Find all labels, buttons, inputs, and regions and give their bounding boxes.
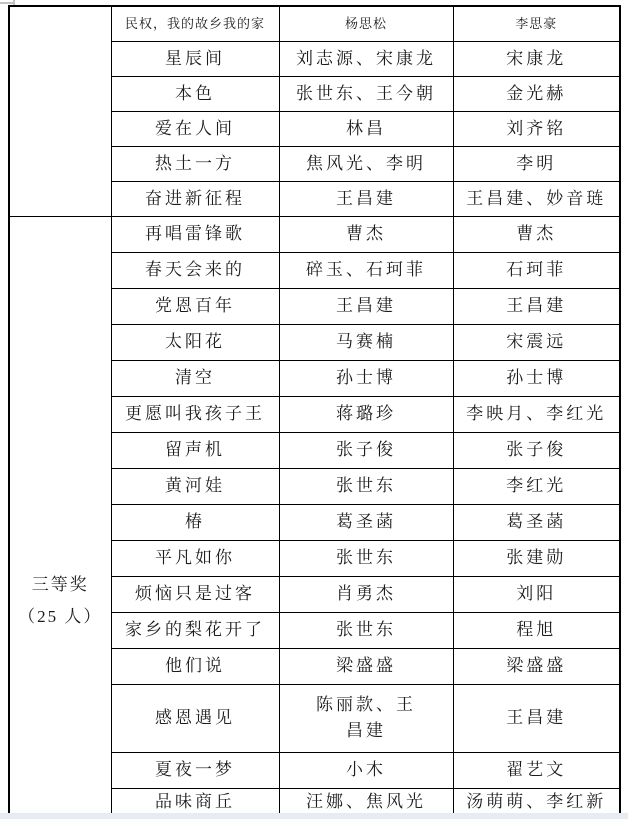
credit-1-cell: 张世东 <box>279 468 453 504</box>
page-corner-mark <box>0 2 14 4</box>
credit-2-cell: 张建勋 <box>453 540 620 576</box>
credit-2-cell: 李明 <box>453 146 620 181</box>
song-title-cell: 更愿叫我孩子王 <box>111 396 279 432</box>
song-title-cell: 本色 <box>111 76 279 111</box>
credit-2-cell: 宋康龙 <box>453 41 620 76</box>
credit-1-cell: 马赛楠 <box>279 324 453 360</box>
song-title-cell: 春天会来的 <box>111 252 279 288</box>
window-bottom-strip <box>0 813 628 819</box>
prize-section: 三等奖 （25 人）再唱雷锋歌曹杰曹杰春天会来的碎玉、石珂菲石珂菲党恩百年王昌建… <box>9 216 620 816</box>
credit-2-cell: 金光赫 <box>453 76 620 111</box>
credit-2-cell: 曹杰 <box>453 216 620 252</box>
credit-1-cell: 梁盛盛 <box>279 648 453 684</box>
credit-2-cell: 程旭 <box>453 612 620 648</box>
credit-1-cell: 陈丽款、王 昌建 <box>279 684 453 752</box>
song-title-cell: 夏夜一梦 <box>111 752 279 788</box>
song-title-cell: 爱在人间 <box>111 111 279 146</box>
credit-2-cell: 李映月、李红光 <box>453 396 620 432</box>
credit-1-cell: 张世东 <box>279 612 453 648</box>
song-title-cell: 再唱雷锋歌 <box>111 216 279 252</box>
song-title-cell: 平凡如你 <box>111 540 279 576</box>
credit-2-cell: 王昌建、妙音琏 <box>453 181 620 216</box>
credit-2-cell: 葛圣菡 <box>453 504 620 540</box>
prize-label-cell: 三等奖 （25 人） <box>9 216 111 816</box>
awards-table: 民权，我的故乡我的家杨思松李思豪星辰间刘志源、宋康龙宋康龙本色张世东、王今朝金光… <box>8 5 621 817</box>
credit-1-cell: 张世东、王今朝 <box>279 76 453 111</box>
credit-1-cell: 曹杰 <box>279 216 453 252</box>
song-title-cell: 民权，我的故乡我的家 <box>111 6 279 41</box>
song-title-cell: 感恩遇见 <box>111 684 279 752</box>
credit-2-cell: 李思豪 <box>453 6 620 41</box>
song-title-cell: 热土一方 <box>111 146 279 181</box>
credit-1-cell: 小木 <box>279 752 453 788</box>
song-title-cell: 品味商丘 <box>111 788 279 816</box>
credit-2-cell: 王昌建 <box>453 684 620 752</box>
song-title-cell: 他们说 <box>111 648 279 684</box>
credit-1-cell: 焦风光、李明 <box>279 146 453 181</box>
song-title-cell: 星辰间 <box>111 41 279 76</box>
credit-2-cell: 梁盛盛 <box>453 648 620 684</box>
credit-2-cell: 孙士博 <box>453 360 620 396</box>
credit-1-cell: 王昌建 <box>279 181 453 216</box>
prize-label-cell <box>9 6 111 216</box>
credit-1-cell: 林昌 <box>279 111 453 146</box>
credit-1-cell: 孙士博 <box>279 360 453 396</box>
credit-1-cell: 张世东 <box>279 540 453 576</box>
song-title-cell: 烦恼只是过客 <box>111 576 279 612</box>
prize-section: 民权，我的故乡我的家杨思松李思豪星辰间刘志源、宋康龙宋康龙本色张世东、王今朝金光… <box>9 6 620 216</box>
credit-2-cell: 刘阳 <box>453 576 620 612</box>
credit-2-cell: 刘齐铭 <box>453 111 620 146</box>
credit-1-cell: 杨思松 <box>279 6 453 41</box>
song-title-cell: 太阳花 <box>111 324 279 360</box>
credit-2-cell: 李红光 <box>453 468 620 504</box>
song-title-cell: 奋进新征程 <box>111 181 279 216</box>
credit-1-cell: 刘志源、宋康龙 <box>279 41 453 76</box>
credit-2-cell: 翟艺文 <box>453 752 620 788</box>
credit-1-cell: 王昌建 <box>279 288 453 324</box>
credit-1-cell: 张子俊 <box>279 432 453 468</box>
document-page: 民权，我的故乡我的家杨思松李思豪星辰间刘志源、宋康龙宋康龙本色张世东、王今朝金光… <box>0 0 628 819</box>
song-title-cell: 清空 <box>111 360 279 396</box>
credit-1-cell: 蒋璐珍 <box>279 396 453 432</box>
song-title-cell: 党恩百年 <box>111 288 279 324</box>
credit-2-cell: 汤萌萌、李红新 <box>453 788 620 816</box>
song-title-cell: 留声机 <box>111 432 279 468</box>
table-row: 三等奖 （25 人）再唱雷锋歌曹杰曹杰 <box>9 216 620 252</box>
credit-2-cell: 石珂菲 <box>453 252 620 288</box>
song-title-cell: 椿 <box>111 504 279 540</box>
credit-1-cell: 碎玉、石珂菲 <box>279 252 453 288</box>
credit-1-cell: 肖勇杰 <box>279 576 453 612</box>
table-row: 民权，我的故乡我的家杨思松李思豪 <box>9 6 620 41</box>
credit-1-cell: 汪娜、焦风光 <box>279 788 453 816</box>
credit-2-cell: 宋震远 <box>453 324 620 360</box>
song-title-cell: 黄河娃 <box>111 468 279 504</box>
credit-2-cell: 王昌建 <box>453 288 620 324</box>
credit-1-cell: 葛圣菡 <box>279 504 453 540</box>
credit-2-cell: 张子俊 <box>453 432 620 468</box>
song-title-cell: 家乡的梨花开了 <box>111 612 279 648</box>
